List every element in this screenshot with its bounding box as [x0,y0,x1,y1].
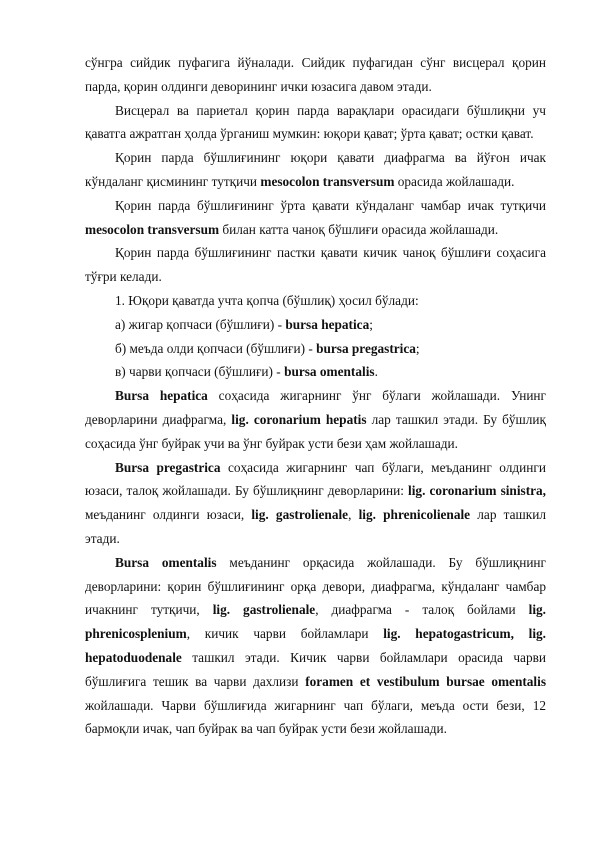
paragraph: 1. Юқори қаватда учта қопча (бўшлиқ) ҳос… [85,289,546,313]
text-run: , кичик чарви бойламлари [187,626,383,641]
text-run: Қорин парда бўшлиғининг ўрта қавати кўнд… [115,198,546,213]
bold-term: Bursa omentalis [115,555,217,570]
bold-term: bursa pregastrica [316,341,416,356]
text-run: меъданинг олдинги юзаси, [85,507,251,522]
paragraph: Bursa pregastrica соҳасида жигарнинг чап… [85,456,546,551]
text-run: ; [369,317,373,332]
paragraph: Bursa omentalis меъданинг орқасида жойла… [85,551,546,741]
paragraph: сўнгра сийдик пуфагига йўналади. Сийдик … [85,51,546,99]
bold-term: Bursa pregastrica [115,460,220,475]
text-run: б) меъда олди қопчаси (бўшлиғи) - [115,341,316,356]
paragraph: Қорин парда бўшлиғининг пастки қавати ки… [85,241,546,289]
text-run: а) жигар қопчаси (бўшлиғи) - [115,317,285,332]
text-run: . [375,364,378,379]
paragraph: Қорин парда бўшлиғининг юқори қавати диа… [85,146,546,194]
text-run: Висцерал ва париетал қорин парда варақла… [85,103,546,142]
paragraph: б) меъда олди қопчаси (бўшлиғи) - bursa … [85,337,546,361]
bold-term: lig. phrenicolienale [359,507,470,522]
bold-term: mesocolon transversum [260,174,394,189]
text-run: орасида жойлашади. [394,174,514,189]
bold-term: mesocolon transversum [85,222,219,237]
paragraph: а) жигар қопчаси (бўшлиғи) - bursa hepat… [85,313,546,337]
text-run: 1. Юқори қаватда учта қопча (бўшлиқ) ҳос… [115,293,419,308]
text-run: , [348,507,359,522]
bold-term: lig. gastrolienale [213,602,315,617]
text-run: Қорин парда бўшлиғининг пастки қавати ки… [85,245,546,284]
bold-term: bursa omentalis [284,364,375,379]
bold-term: bursa hepatica [285,317,369,332]
document-page: сўнгра сийдик пуфагига йўналади. Сийдик … [85,51,546,741]
paragraph: Қорин парда бўшлиғининг ўрта қавати кўнд… [85,194,546,242]
bold-term: foramen et vestibulum bursae omentalis [305,674,546,689]
bold-term: lig. coronarium hepatis [231,412,366,427]
paragraph: Bursa hepatica соҳасида жигарнинг ўнг бў… [85,384,546,455]
bold-term: lig. coronarium sinistra, [408,483,546,498]
bold-term: lig. gastrolienale [251,507,348,522]
text-run: ; [416,341,420,356]
text-run: сўнгра сийдик пуфагига йўналади. Сийдик … [85,55,546,94]
text-run: , диафрагма - талоқ бойлами [315,602,528,617]
paragraph: Висцерал ва париетал қорин парда варақла… [85,99,546,147]
text-run: жойлашади. Чарви бўшлиғида жигарнинг чап… [85,698,546,737]
text-run: билан катта чаноқ бўшлиғи орасида жойлаш… [219,222,498,237]
paragraph: в) чарви қопчаси (бўшлиғи) - bursa oment… [85,360,546,384]
text-run: в) чарви қопчаси (бўшлиғи) - [115,364,284,379]
bold-term: Bursa hepatica [115,388,208,403]
